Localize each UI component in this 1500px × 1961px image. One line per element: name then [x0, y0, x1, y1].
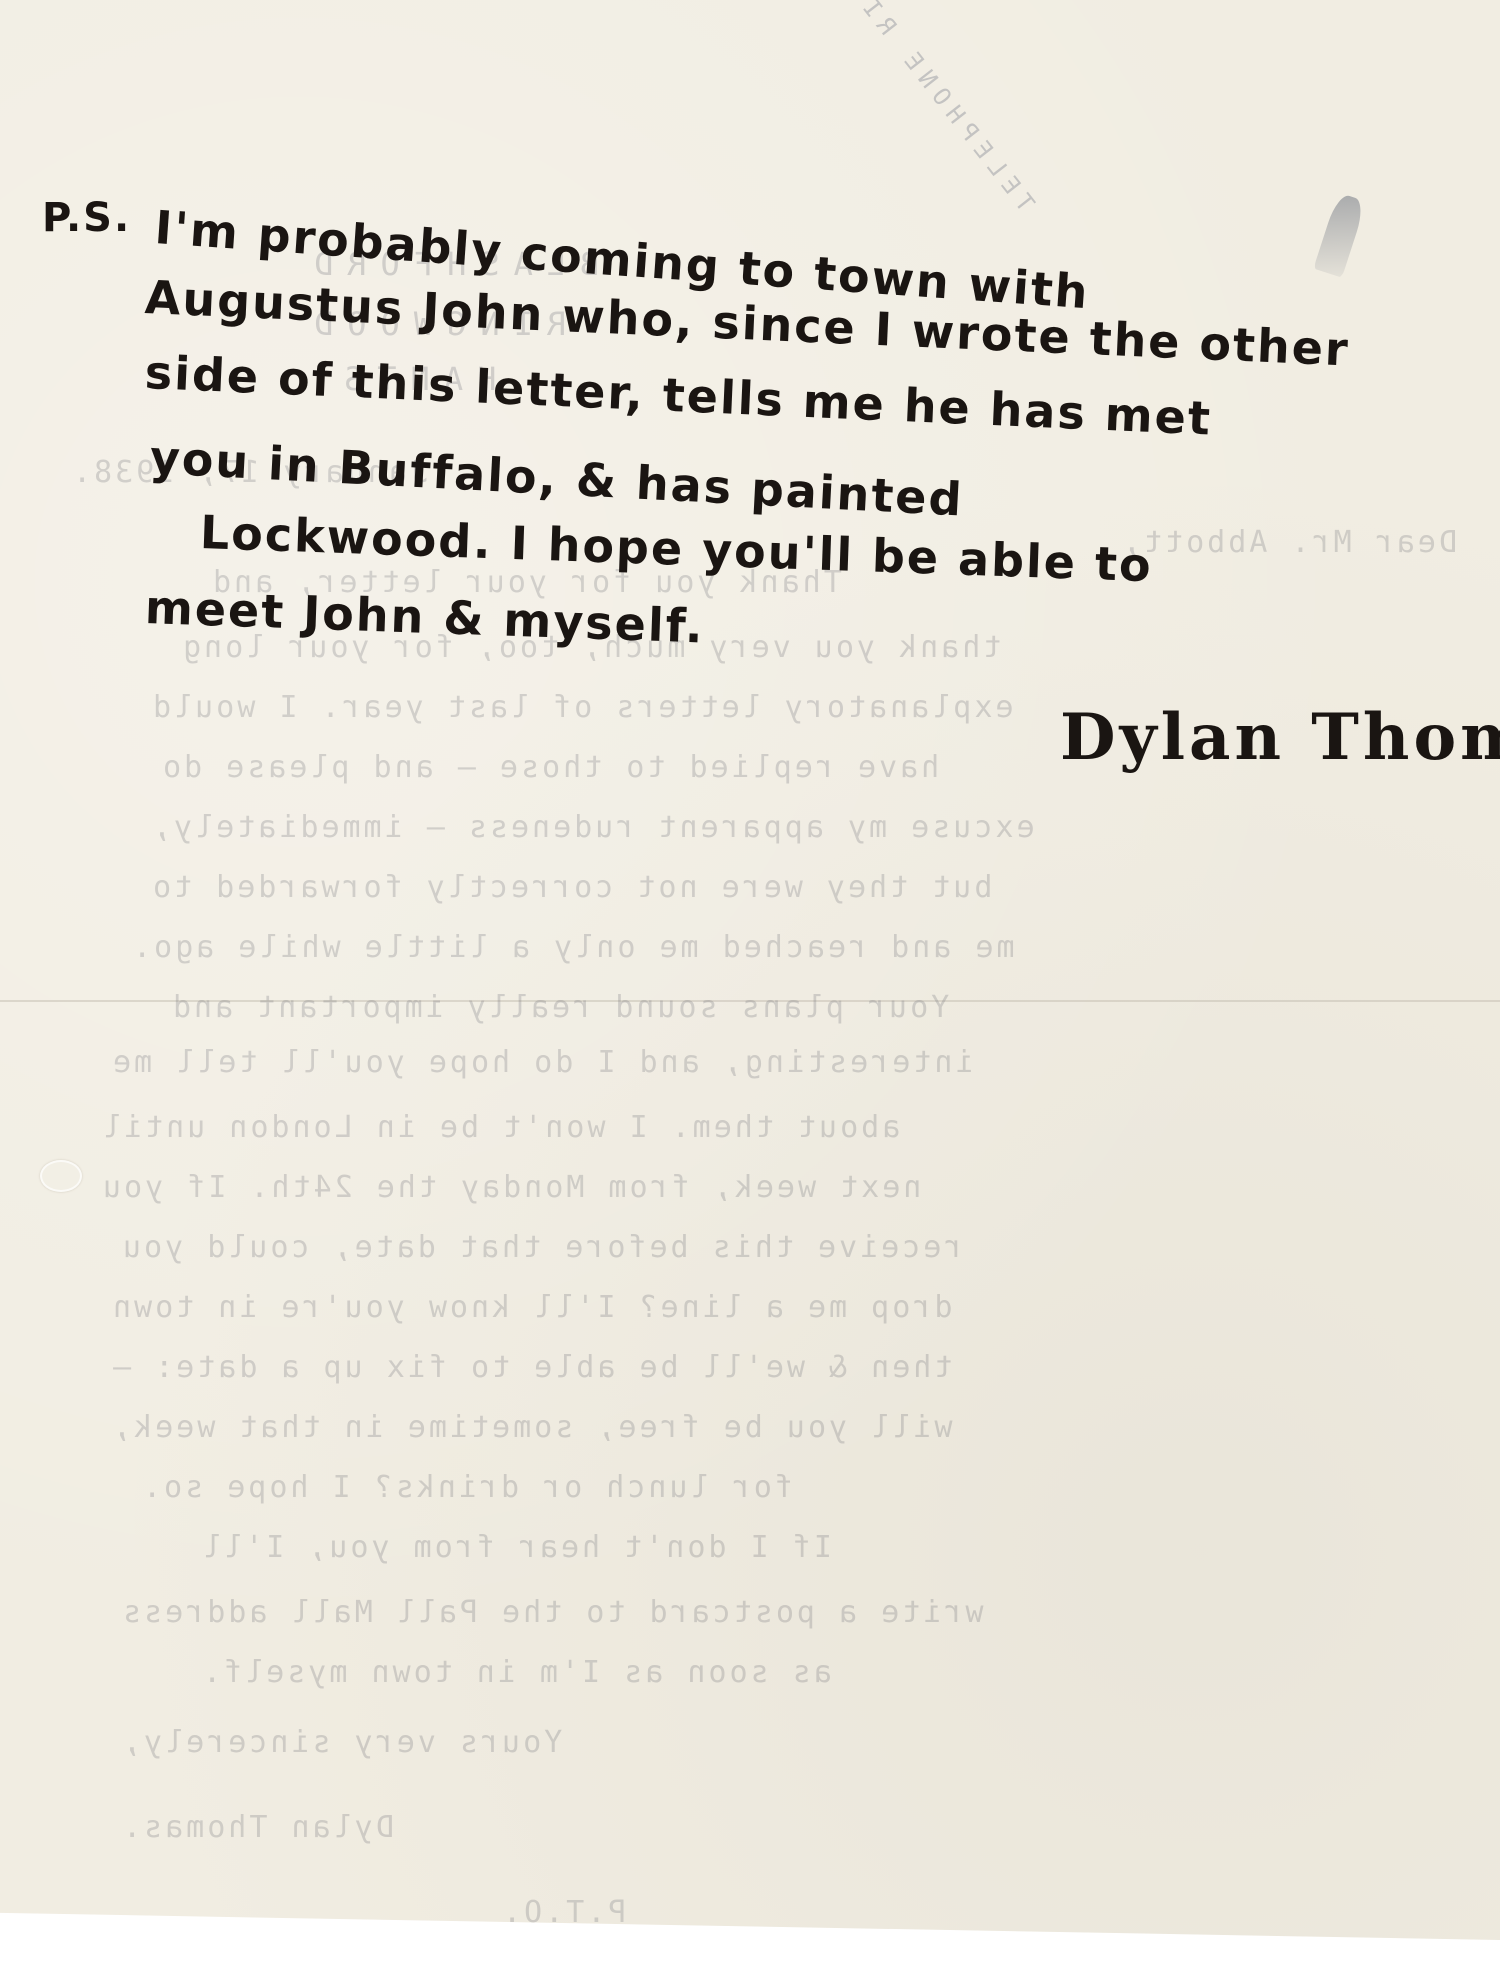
reverse-line: but they were not correctly forwarded to: [150, 870, 992, 905]
reverse-line: excuse my apparent rudeness — immediatel…: [150, 810, 1035, 845]
reverse-line: If I don't hear from you, I'll: [200, 1530, 832, 1565]
reverse-line: P.T.O.: [500, 1895, 626, 1930]
reverse-line: have replied to those — and please do: [160, 750, 939, 785]
reverse-line: Dear Mr. Abbott,: [1120, 525, 1457, 560]
reverse-line: Yours very sincerely,: [120, 1725, 562, 1760]
ps-label: P.S.: [42, 195, 131, 241]
signature: Dylan Thomas.: [1060, 700, 1500, 775]
reverse-line: will you be free, sometime in that week,: [110, 1410, 952, 1445]
reverse-line: then & we'll be able to fix up a date: —: [110, 1350, 952, 1385]
reverse-line: write a postcard to the Pall Mall addres…: [120, 1595, 984, 1630]
reverse-line: explanatory letters of last year. I woul…: [150, 690, 1014, 725]
reverse-line: Dylan Thomas.: [120, 1810, 394, 1845]
reverse-line: about them. I won't be in London until: [100, 1110, 900, 1145]
reverse-line: Your plans sound really important and: [170, 990, 949, 1025]
reverse-line: me and reached me only a little while ag…: [130, 930, 1015, 965]
reverse-line: receive this before that date, could you: [120, 1230, 962, 1265]
reverse-line: next week, from Monday the 24th. If you: [100, 1170, 921, 1205]
reverse-line: for lunch or drinks? I hope so.: [140, 1470, 793, 1505]
reverse-line: as soon as I'm in town myself.: [200, 1655, 832, 1690]
reverse-line: drop me a line? I'll know you're in town: [110, 1290, 952, 1325]
reverse-line: interesting, and I do hope you'll tell m…: [110, 1045, 974, 1080]
